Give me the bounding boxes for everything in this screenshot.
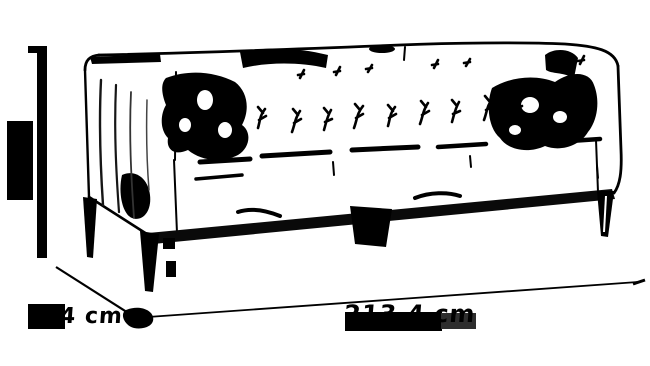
ink-shadow-masses — [90, 45, 597, 219]
height-label-redacted — [7, 121, 33, 200]
sofa-dimension-diagram: 4 cm 213.4 cm — [0, 0, 650, 366]
width-dimension-label: 213.4 cm — [343, 300, 477, 328]
depth-label-text: 4 cm — [59, 304, 124, 329]
depth-dimension-label: 4 cm — [28, 303, 123, 330]
